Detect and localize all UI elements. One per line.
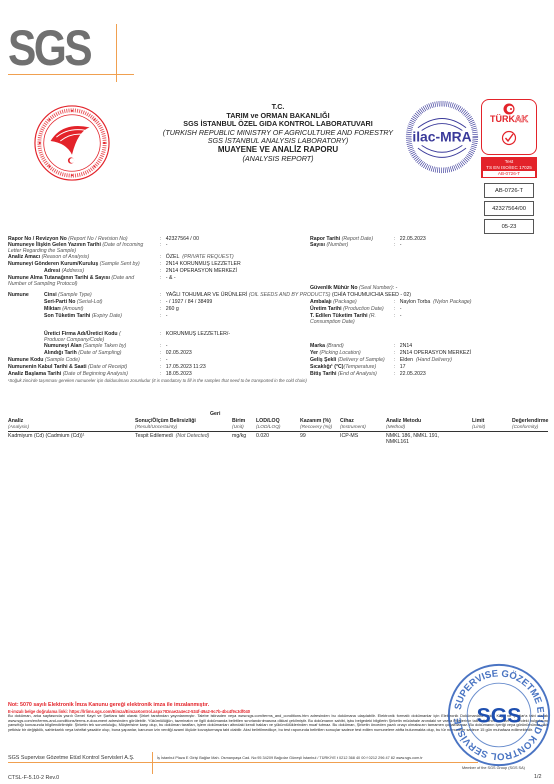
logo-accent-vline — [116, 24, 117, 82]
sgs-logo: SGS — [8, 22, 90, 74]
th-method: Analiz Metodu — [386, 418, 421, 424]
field-package: Ambalajı (Package) — [310, 299, 357, 305]
field-amount-value: : 260 g — [160, 306, 179, 312]
accreditation-boxes: AB-0726-T 42327564/00 05-23 — [484, 183, 534, 237]
field-producer-value: : KORUNMUŞ LEZZETLER/- — [160, 331, 230, 337]
field-sample-type: Cinsi (Sample Type) — [44, 292, 92, 298]
report-number-box: 42327564/00 — [484, 201, 534, 216]
ilac-mra-logo-icon: ilac-MRA — [405, 100, 479, 174]
th-conformity-en: (Conformity) — [512, 425, 538, 430]
field-seal-number: Güvenlik Mühür No (Seal Number): - — [310, 285, 397, 291]
field-temperature: Sıcaklığı¹ (°C)(Temperature) — [310, 364, 376, 370]
field-lot: Seri-Parti No (Serial-Lot) — [44, 299, 103, 305]
field-number: Sayısı (Number) — [310, 242, 348, 248]
field-package-value: : Naylon Torba (Nylon Package) — [394, 299, 472, 305]
th-result-en: (Result/Uncertainty) — [135, 425, 177, 430]
footer-address: İş İstanbul Plaza E Girişi Bağlar Mah. O… — [157, 756, 423, 760]
field-letter-date-value: : - — [160, 242, 168, 248]
band-standard: TS EN ISO/IEC 17025 — [481, 165, 537, 171]
ministry-emblem-icon — [33, 104, 111, 182]
th-recovery: Kazanım (%) — [300, 418, 331, 424]
field-sample-code-value: : - — [160, 357, 168, 363]
field-sampling-date-value: : 02.05.2023 — [160, 350, 192, 356]
company-stamp-icon: SUPERVISE GÖZETME ETÜD KONTROL SERVİSLER… — [446, 662, 552, 768]
th-limit-en: (Limit) — [472, 425, 485, 430]
field-expiry-value: : - — [160, 313, 168, 319]
cold-chain-footnote: ¹Soğuk zincirde taşınması gereken numune… — [8, 378, 307, 384]
th-unit: Birim — [232, 418, 245, 424]
field-analysis-end: Bitiş Tarihi (End of Analysis) — [310, 371, 377, 377]
svg-text:SGS: SGS — [477, 705, 522, 728]
th-recovery-en: (Recovery (%)) — [300, 425, 332, 430]
band-code: AB-0726-T — [483, 171, 535, 177]
th-lod-en: (LOD/LOQ) — [256, 425, 281, 430]
cell-recovery: 99 — [300, 433, 306, 439]
field-brand-value: : 2N14 — [394, 343, 412, 349]
accreditation-code: AB-0726-T — [484, 183, 534, 198]
turkak-label: TÜRK — [490, 114, 515, 124]
turkak-label-ak: AK — [515, 114, 528, 124]
field-sample-type-value: : YAĞLI TOHUMLAR VE ÜRÜNLERİ (OIL SEEDS … — [160, 292, 411, 298]
e-signature-note: Not: 5070 sayılı Elektronik İmza Kanunu … — [8, 702, 209, 708]
report-header: T.C. TARIM ve ORMAN BAKANLIĞI SGS İSTANB… — [140, 103, 416, 163]
check-icon — [501, 130, 517, 146]
th-unit-en: (Unit) — [232, 425, 244, 430]
field-temperature-value: : 17 — [394, 364, 406, 370]
footer-company: SGS Supervise Gözetme Etüd Kontrol Servi… — [8, 755, 134, 761]
field-sample-code: Numune Kodu (Sample Code) — [8, 357, 80, 363]
field-rec-consumption-en: Consumption Date) — [310, 319, 355, 325]
th-conformity: Değerlendirme — [512, 418, 548, 424]
th-limit: Limit — [472, 418, 484, 424]
cell-unit: mg/kg — [232, 433, 246, 439]
th-lod: LOD/LOQ — [256, 418, 280, 424]
period-box: 05-23 — [484, 219, 534, 234]
field-sent-by: Numuneyi Gönderen Kurum/Kuruluş (Sample … — [8, 261, 140, 267]
form-code: CTSL-F-5.10-2 Rev.0 — [8, 775, 59, 781]
th-instrument: Cihaz — [340, 418, 354, 424]
field-sampling-protocol-value: : - & - — [160, 275, 176, 281]
field-sampling-date: Alındığı Tarih (Date of Sampling) — [44, 350, 121, 356]
field-rec-consumption-value: : - — [394, 313, 402, 319]
field-number-value: : - — [394, 242, 402, 248]
th-analysis: Analiz — [8, 418, 23, 424]
field-sent-by-value: : 2N14 KORUNMUŞ LEZZETLER — [160, 261, 241, 267]
report-subtitle: (ANALYSIS REPORT) — [140, 155, 416, 164]
turkak-logo: TÜRKAK — [481, 99, 537, 155]
field-expiry: Son Tüketim Tarihi (Expiry Date) — [44, 313, 122, 319]
field-brand: Marka (Brand) — [310, 343, 344, 349]
cell-lod: 0.020 — [256, 433, 269, 439]
th-result: Sonuç/Ölçüm Belirsizliği — [135, 418, 196, 424]
cell-analysis: Kadmiyum (Cd) (Cadmium (Cd))¹ — [8, 433, 84, 439]
th-instrument-en: (Instrument) — [340, 425, 366, 430]
field-production-date-value: : - — [394, 306, 402, 312]
cell-method-line2: NMKL161 — [386, 439, 409, 445]
field-delivery-value: : Elden (Hand Delivery) — [394, 357, 452, 363]
svg-text:ilac-MRA: ilac-MRA — [412, 129, 471, 145]
table-header-divider — [8, 431, 548, 432]
th-method-en: (Method) — [386, 425, 405, 430]
field-address: Adresi (Address) — [44, 268, 84, 274]
field-taken-by: Numuneyi Alan (Sample Taken by) — [44, 343, 126, 349]
page-number: 1/2 — [534, 774, 542, 780]
field-analysis-start-value: : 18.05.2023 — [160, 371, 192, 377]
field-address-value: : 2N14 OPERASYON MERKEZİ — [160, 268, 237, 274]
accreditation-band: Test TS EN ISO/IEC 17025 AB-0726-T — [481, 157, 537, 178]
field-taken-by-value: : - — [160, 343, 168, 349]
field-lot-value: : - / 1927 / 84 / 38499 — [160, 299, 212, 305]
field-location: Yer (Picking Location) — [310, 350, 361, 356]
footer-line — [8, 762, 478, 763]
th-recovery-top: Geri — [210, 411, 220, 417]
field-receipt-date-value: : 17.05.2023 11:23 — [160, 364, 206, 370]
field-analysis-start: Analiz Başlama Tarihi (Date of Beginning… — [8, 371, 128, 377]
field-sampling-protocol-en: Number of Sampling Protocol) — [8, 281, 77, 287]
cell-instrument: ICP-MS — [340, 433, 358, 439]
field-delivery: Geliş Şekli (Delivery of Sample) — [310, 357, 385, 363]
field-analysis-end-value: : 22.05.2023 — [394, 371, 426, 377]
field-analysis-purpose-value: : ÖZEL (PRIVATE REQUEST) — [160, 254, 234, 260]
footer-member: Member of the SGS Group (SGS SA) — [462, 766, 525, 770]
field-analysis-purpose: Analiz Amacı (Reason of Analysis) — [8, 254, 89, 260]
footer-vline — [152, 752, 153, 774]
sample-group-label: Numune — [8, 292, 29, 298]
field-location-value: : 2N14 OPERASYON MERKEZİ — [394, 350, 471, 356]
field-amount: Miktarı (Amount) — [44, 306, 84, 312]
cell-result: Tespit Edilemedi (Not Detected) — [135, 433, 209, 439]
turkak-crescent-icon — [502, 103, 516, 115]
th-analysis-en: (Analysis) — [8, 425, 29, 430]
field-production-date: Üretim Tarihi (Production Date) — [310, 306, 384, 312]
field-receipt-date: Numunenin Kabul Tarihi & Saati (Date of … — [8, 364, 127, 370]
